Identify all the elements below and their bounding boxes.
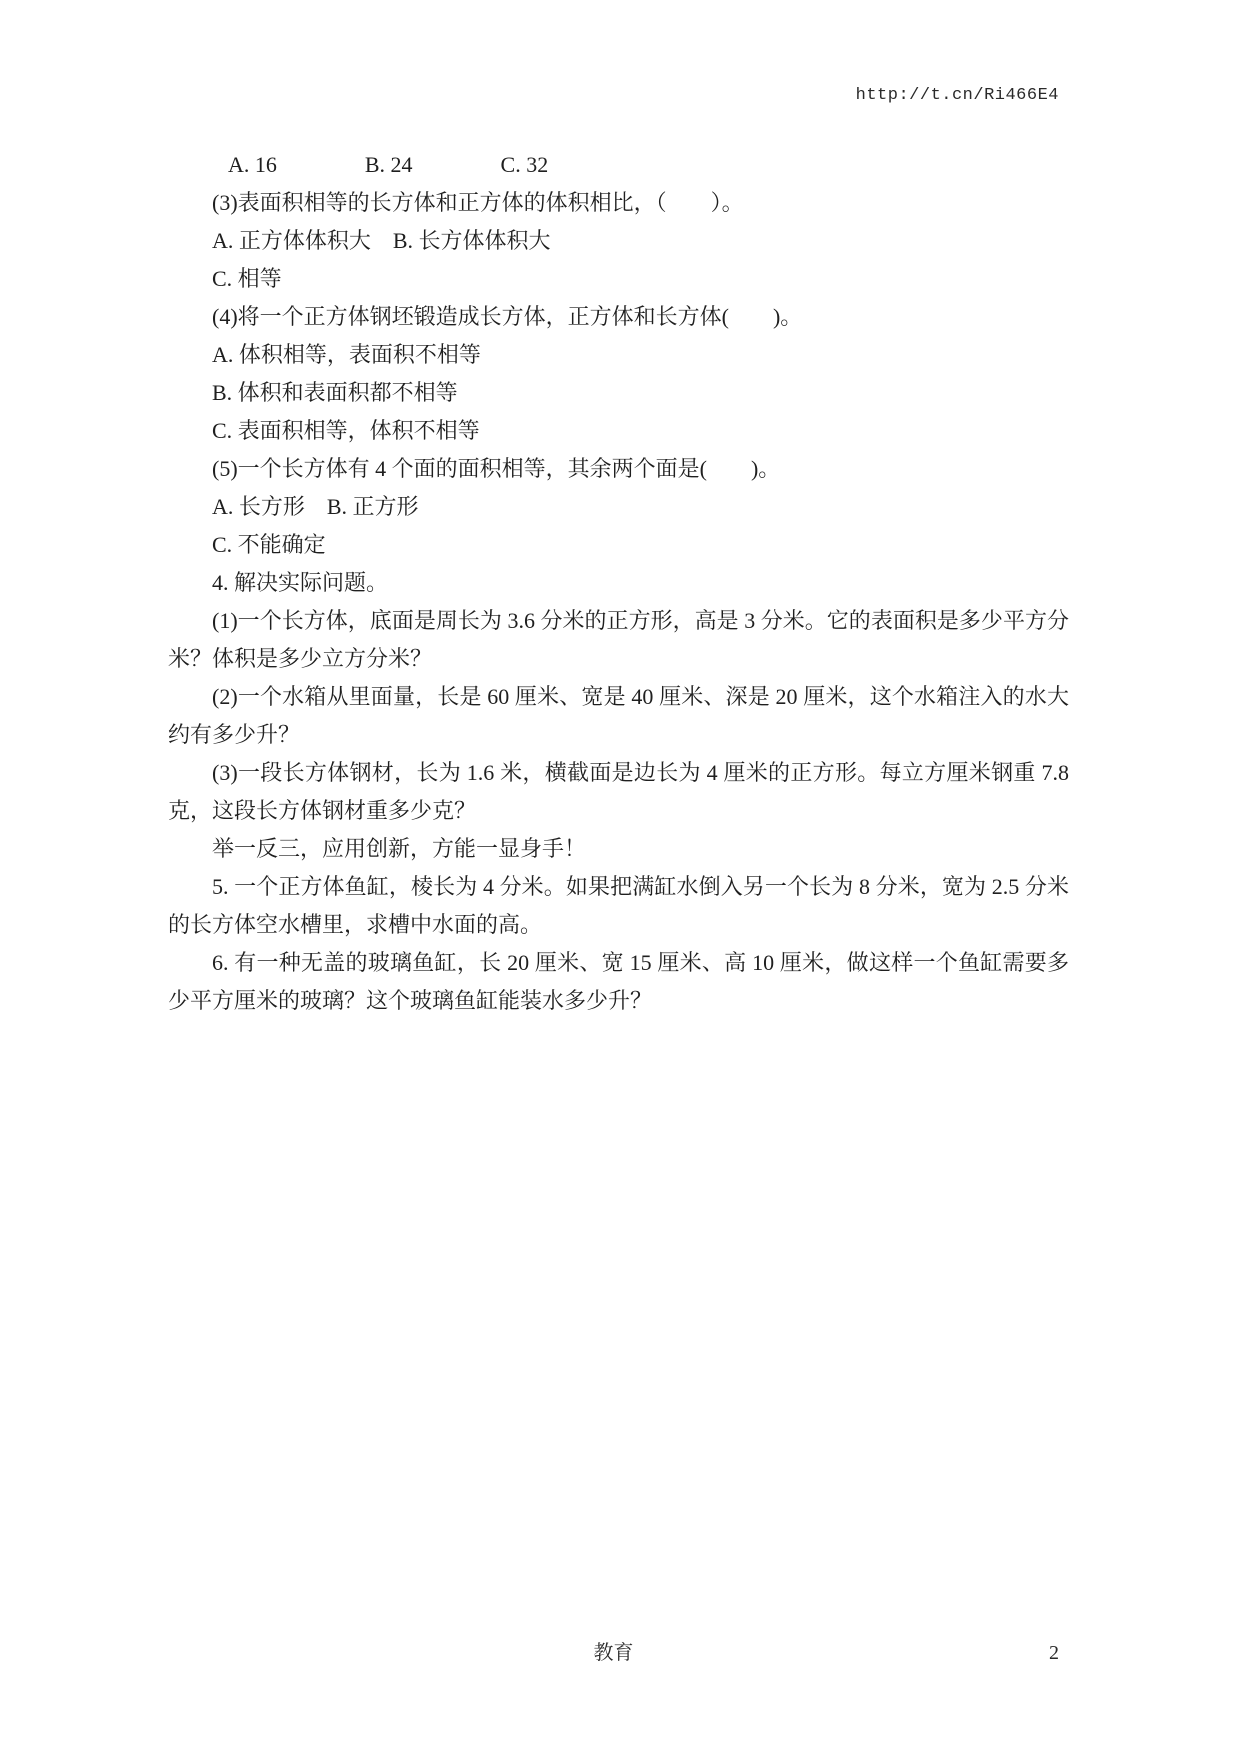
question-3-option-c: C. 相等 — [168, 260, 1069, 298]
question-5-options-ab: A. 长方形 B. 正方形 — [168, 488, 1069, 526]
problem-4-3: (3)一段长方体钢材，长为 1.6 米，横截面是边长为 4 厘米的正方形。每立方… — [168, 754, 1069, 830]
worksheet-page: http://t.cn/Ri466E4 A. 16 B. 24 C. 32 (3… — [0, 0, 1241, 1754]
choice-options-row: A. 16 B. 24 C. 32 — [168, 146, 1069, 184]
footer-watermark: 教育 — [168, 1638, 1059, 1668]
challenge-heading: 举一反三，应用创新，方能一显身手！ — [168, 830, 1069, 868]
problem-4-2: (2)一个水箱从里面量，长是 60 厘米、宽是 40 厘米、深是 20 厘米，这… — [168, 678, 1069, 754]
question-5: (5)一个长方体有 4 个面的面积相等，其余两个面是( )。 — [168, 450, 1069, 488]
page-footer: 教育 2 — [168, 1638, 1059, 1668]
problem-6: 6. 有一种无盖的玻璃鱼缸，长 20 厘米、宽 15 厘米、高 10 厘米，做这… — [168, 944, 1069, 1020]
share-url: http://t.cn/Ri466E4 — [856, 86, 1059, 105]
question-5-option-c: C. 不能确定 — [168, 526, 1069, 564]
question-4: (4)将一个正方体钢坯锻造成长方体，正方体和长方体( )。 — [168, 298, 1069, 336]
problem-5: 5. 一个正方体鱼缸，棱长为 4 分米。如果把满缸水倒入另一个长为 8 分米，宽… — [168, 868, 1069, 944]
worksheet-body: A. 16 B. 24 C. 32 (3)表面积相等的长方体和正方体的体积相比，… — [168, 146, 1069, 1020]
question-4-option-a: A. 体积相等，表面积不相等 — [168, 336, 1069, 374]
question-3: (3)表面积相等的长方体和正方体的体积相比，（ ）。 — [168, 184, 1069, 222]
question-4-option-c: C. 表面积相等，体积不相等 — [168, 412, 1069, 450]
problem-4-1: (1)一个长方体，底面是周长为 3.6 分米的正方形，高是 3 分米。它的表面积… — [168, 602, 1069, 678]
section-4-heading: 4. 解决实际问题。 — [168, 564, 1069, 602]
question-3-options-ab: A. 正方体体积大 B. 长方体体积大 — [168, 222, 1069, 260]
question-4-option-b: B. 体积和表面积都不相等 — [168, 374, 1069, 412]
page-number: 2 — [1049, 1638, 1059, 1668]
